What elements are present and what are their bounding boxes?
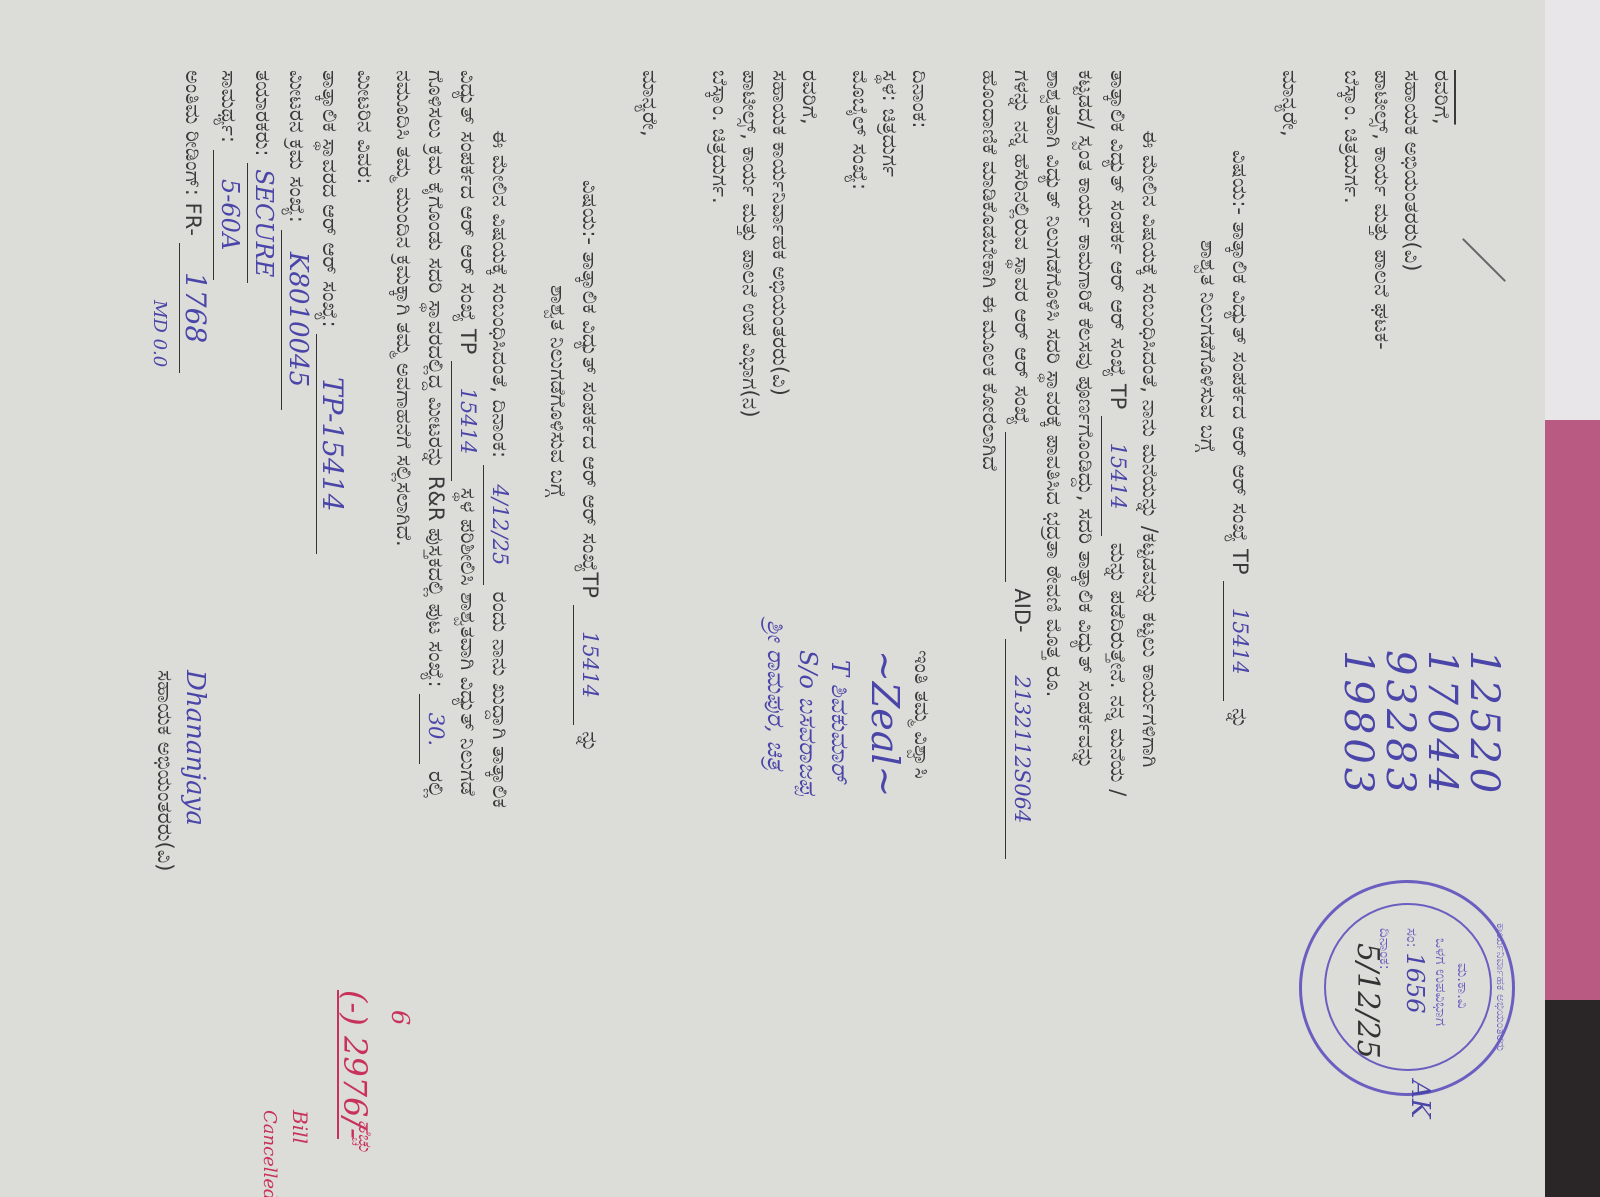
letter1-aid-label: AID-: [1010, 588, 1034, 632]
letter2-body-line3-b: ರಲ್ಲಿ: [424, 771, 448, 798]
letter1-body-line2-text: ತಾತ್ಕಾಲಿಕ ವಿದ್ಯುತ್ ಸಂಪರ್ಕ ಆರ್ ಆರ್ ಸಂಖ್ಯೆ…: [1106, 70, 1130, 409]
letter2-signature: Dhananjaya: [179, 670, 210, 826]
letter2-body-line3: ಗೊಳಿಸಲು ಕ್ರಮ ಕೈಗೊಂಡು ಸದರಿ ಸ್ಥಾವರದಲ್ಲಿದ್ದ…: [419, 70, 451, 798]
letter2-signatory-title: ಸಹಾಯಕ ಅಭಿಯಂತರರು(ವಿ): [149, 670, 180, 871]
letter1-body-line2-tail: ಮನ್ನು ಪಡೆದಿರುತ್ತೇನೆ. ನನ್ನ ಮನೆಯ /: [1106, 543, 1130, 796]
letter1-body-tp: 15414: [1101, 416, 1133, 536]
meter-reading-label: ಅಂತಿಮ ರೀಡಿಂಗ್: FR-: [181, 70, 205, 236]
letter1-addressee-line2: ಪಾಟೀಲ್ಸ್, ಕಾರ್ಯ ಮತ್ತು ಪಾಲನೆ ಘಟಕ-: [1366, 70, 1397, 350]
meter-row-reading: ಅಂತಿಮ ರೀಡಿಂಗ್: FR- 1768: [177, 70, 211, 373]
letter2-body-line1-b: ರಂದು ನಾನು ಖುದ್ದಾಗಿ ತಾತ್ಕಾಲಿಕ: [488, 592, 512, 808]
letter2-body-line1-a: ಈ ಮೇಲಿನ ವಿಷಯಕ್ಕೆ ಸಂಬಂಧಿಸಿದಂತೆ, ದಿನಾಂಕ:: [488, 130, 512, 458]
letter1-body-line5: ಗಳನ್ನು ನನ್ನ ಹೆಸರಿನಲ್ಲಿರುವ ಸ್ಥಾವರ ಆರ್ ಆರ್…: [1005, 70, 1037, 859]
letter1-addressee-line1: ಸಹಾಯಕ ಅಭಿಯಂತರರು(ವಿ): [1396, 70, 1427, 271]
stamp-number-label: ಸಂ:: [1403, 928, 1421, 948]
letter1-subject-suffix: ನ್ನು: [1228, 708, 1252, 729]
letter2-addressee-line2: ಪಾಟೀಲ್ಸ್, ಕಾರ್ಯ ಮತ್ತು ಪಾಲನೆ ಉಪ ವಿಭಾಗ(ನ): [734, 70, 765, 418]
tick-mark: [1462, 238, 1506, 282]
stamp-number: ಸಂ: 1656: [1403, 928, 1424, 1014]
letter2-salutation: ಮಾನ್ಯರೇ,: [634, 70, 665, 137]
letter2-body-line4: ನಮೂದಿಸಿ ತಮ್ಮ ಮುಂದಿನ ಕ್ರಮಕ್ಕಾಗಿ ತಮ್ಮ ಅವಗಾ…: [388, 70, 419, 547]
meter-row-capacity: ಸಾಮರ್ಥ್ಯ: 5-60A: [213, 70, 245, 280]
letter1-place-label: ಸ್ಥಳ: ಚಿತ್ರದುರ್ಗ: [874, 70, 905, 177]
background-dark-corner: [1540, 1000, 1600, 1197]
handwritten-number-3: 93283: [1379, 650, 1421, 797]
letter2-body-tp: 15414: [451, 361, 483, 481]
letter1-subject-tp: 15414: [1223, 581, 1255, 701]
letter2-body-line3-a: ಗೊಳಿಸಲು ಕ್ರಮ ಕೈಗೊಂಡು ಸದರಿ ಸ್ಥಾವರದಲ್ಲಿದ್ದ…: [424, 70, 448, 688]
stamp-line1: ಮ.ಕಾ.ವಿ: [1454, 963, 1472, 1009]
letter1-addressee-line3: ಬೆಸ್ಕಾಂ. ಚಿತ್ರದುರ್ಗ.: [1336, 70, 1367, 204]
letter1-date-label: ದಿನಾಂಕ:: [904, 70, 935, 128]
letter2-subject-line2: ಶಾಶ್ವತ ನಿಲುಗಡೆಗೊಳಿಸುವ ಬಗ್ಗೆ: [542, 285, 573, 497]
meter-rr-value: TP-15414: [316, 334, 348, 554]
letter1-signer-address: ಶ್ರೀ ರಾಮಪುರ, ಚಿತ್ರ: [760, 620, 791, 770]
letter2-subject-suffix: ನ್ನು: [578, 731, 602, 752]
letter1-body-line4: ಶಾಶ್ವತವಾಗಿ ವಿದ್ಯುತ್ ನಿಲುಗಡೆಗೊಳಿಸಿ ಸದರಿ ಸ…: [1038, 70, 1069, 697]
meter-row-serial: ಮೀಟರನ ಕ್ರಮ ಸಂಖ್ಯೆ: K8010045: [281, 70, 313, 410]
handwritten-number-4: 19803: [1337, 650, 1379, 797]
letter2-subject: ವಿಷಯ:- ತಾತ್ಕಾಲಿಕ ವಿದ್ಯುತ್ ಸಂಪರ್ಕದ ಆರ್ ಆರ…: [573, 180, 605, 752]
meter-reading-value: 1768: [179, 243, 211, 373]
meter-serial-label: ಮೀಟರನ ಕ್ರಮ ಸಂಖ್ಯೆ:: [285, 70, 309, 223]
letter1-subject-line2: ಶಾಶ್ವತ ನಿಲುಗಡೆಗೊಳಿಸುವ ಬಗ್ಗೆ: [1192, 240, 1223, 452]
letter2-body-line2-a: ವಿದ್ಯುತ್ ಸಂಪರ್ಕದ ಆರ್ ಆರ್ ಸಂಖ್ಯೆ TP: [456, 70, 480, 354]
stamp-top-text: ಕಾರ್ಯನಿರ್ವಾಹಕ ಅಭಿಯಂತರರು: [1492, 923, 1510, 1051]
meter-capacity-value: 5-60A: [213, 150, 245, 280]
meter-reading-note: MD 0.0: [144, 300, 175, 367]
letter1-body-line1: ಈ ಮೇಲಿನ ವಿಷಯಕ್ಕೆ ಸಂಬಂಧಿಸಿದಂತೆ, ನಾನು ಮನೆಯ…: [1134, 130, 1165, 767]
letter2-subject-prefix: ವಿಷಯ:- ತಾತ್ಕಾಲಿಕ ವಿದ್ಯುತ್ ಸಂಪರ್ಕದ ಆರ್ ಆರ…: [578, 180, 602, 598]
letter1-closing: ಇಂತಿ ತಮ್ಮ ವಿಶ್ವಾಸಿ: [906, 650, 937, 779]
letter2-addressee-line3: ಬೆಸ್ಕಾಂ. ಚಿತ್ರದುರ್ಗ.: [704, 70, 735, 204]
stamp-initials: AK: [1404, 1080, 1435, 1118]
letter1-blank: [1005, 432, 1037, 582]
letter2-body-page: 30.: [419, 694, 451, 764]
meter-serial-value: K8010045: [281, 230, 313, 410]
meter-make-value: SECURE: [247, 163, 279, 283]
letter1-aid-value: 2132112S064: [1005, 639, 1037, 859]
letter2-body-line2: ವಿದ್ಯುತ್ ಸಂಪರ್ಕದ ಆರ್ ಆರ್ ಸಂಖ್ಯೆ TP 15414…: [451, 70, 483, 796]
stamp-date-value: 5/12/25: [1358, 943, 1376, 1059]
meter-capacity-label: ಸಾಮರ್ಥ್ಯ:: [217, 70, 241, 143]
red-amount-top: 6: [384, 1010, 415, 1025]
stamp-line2: ಒಳಗ ಉಪವಿಭಾಗ: [1432, 938, 1450, 1026]
letter1-signer-father: S/o ಬಸವರಾಜಪ್ಪ: [792, 650, 823, 796]
letter2-body-line2-b: ಸ್ಥಳ ಪರಿಶೀಲಿಸಿ ಶಾಶ್ವತವಾಗಿ ವಿದ್ಯುತ್ ನಿಲುಗ…: [456, 488, 480, 796]
stamp-number-value: 1656: [1401, 952, 1429, 1013]
letter2-subject-tp: 15414: [573, 605, 605, 725]
letter1-mobile-label: ಮೊಬೈಲ್ ಸಂಖ್ಯೆ:: [844, 70, 875, 190]
letter2-addressee-line1: ಸಹಾಯಕ ಕಾರ್ಯನಿರ್ವಾಹಕ ಅಭಿಯಂತರರು(ವಿ): [764, 70, 795, 396]
meter-rr-label: ತಾತ್ಕಾಲಿಕ ಸ್ಥಾವರದ ಆರ್ ಆರ್ ಸಂಖ್ಯೆ:: [318, 70, 342, 328]
handwritten-number-2: 17044: [1421, 650, 1463, 797]
letter1-to-label: ರವರಿಗೆ,: [1426, 70, 1457, 125]
letter1-body-line2: ತಾತ್ಕಾಲಿಕ ವಿದ್ಯುತ್ ಸಂಪರ್ಕ ಆರ್ ಆರ್ ಸಂಖ್ಯೆ…: [1101, 70, 1133, 796]
letter1-signature: ~Zeal~: [865, 650, 905, 797]
letter1-subject: ವಿಷಯ:- ತಾತ್ಕಾಲಿಕ ವಿದ್ಯುತ್ ಸಂಪರ್ಕದ ಆರ್ ಆರ…: [1223, 150, 1255, 729]
meter-heading: ಮೀಟರಿನ ವಿವರ:: [349, 70, 380, 185]
red-cancelled-text: Cancelled: [254, 1110, 285, 1197]
letter1-body-line6: ಹೊಂದಾಣಿಕೆ ಮಾಡಿಕೊಡಬೇಕಾಗಿ ಈ ಮೂಲಕ ಕೋರಲಾಗಿದೆ: [974, 70, 1005, 471]
red-amount: (-) 2976/-: [337, 990, 370, 1139]
meter-make-label: ತಯಾರಕರು:: [251, 70, 275, 156]
letter-page: ರವರಿಗೆ, ಸಹಾಯಕ ಅಭಿಯಂತರರು(ವಿ) ಪಾಟೀಲ್ಸ್, ಕಾ…: [0, 0, 1545, 1197]
letter2-body-line1: ಈ ಮೇಲಿನ ವಿಷಯಕ್ಕೆ ಸಂಬಂಧಿಸಿದಂತೆ, ದಿನಾಂಕ: 4…: [483, 130, 515, 808]
letter2-body-date: 4/12/25: [483, 465, 515, 585]
office-stamp: ಕಾರ್ಯನಿರ್ವಾಹಕ ಅಭಿಯಂತರರು ಮ.ಕಾ.ವಿ ಒಳಗ ಉಪವಿ…: [1299, 880, 1515, 1096]
handwritten-number-1: 12520: [1463, 650, 1505, 797]
meter-row-make: ತಯಾರಕರು: SECURE: [247, 70, 279, 283]
red-bill-text: Bill: [284, 1110, 315, 1144]
letter1-salutation: ಮಾನ್ಯರೇ,: [1274, 70, 1305, 137]
letter1-body-line3: ಕಟ್ಟಡದ/ ಸ್ವಂತ ಕಾರ್ಯ ಕಾಮಗಾರಿಕೆ ಕೆಲಸವು ಪೂರ…: [1070, 70, 1101, 769]
letter1-subject-prefix: ವಿಷಯ:- ತಾತ್ಕಾಲಿಕ ವಿದ್ಯುತ್ ಸಂಪರ್ಕದ ಆರ್ ಆರ…: [1228, 150, 1252, 575]
letter1-signer-name: T ಶಿವಕುಮಾರ್: [824, 660, 855, 782]
letter1-body-line5-text: ಗಳನ್ನು ನನ್ನ ಹೆಸರಿನಲ್ಲಿರುವ ಸ್ಥಾವರ ಆರ್ ಆರ್…: [1010, 70, 1034, 425]
meter-row-rr: ತಾತ್ಕಾಲಿಕ ಸ್ಥಾವರದ ಆರ್ ಆರ್ ಸಂಖ್ಯೆ: TP-154…: [314, 70, 348, 554]
letter2-to-label: ರವರಿಗೆ,: [794, 70, 825, 125]
